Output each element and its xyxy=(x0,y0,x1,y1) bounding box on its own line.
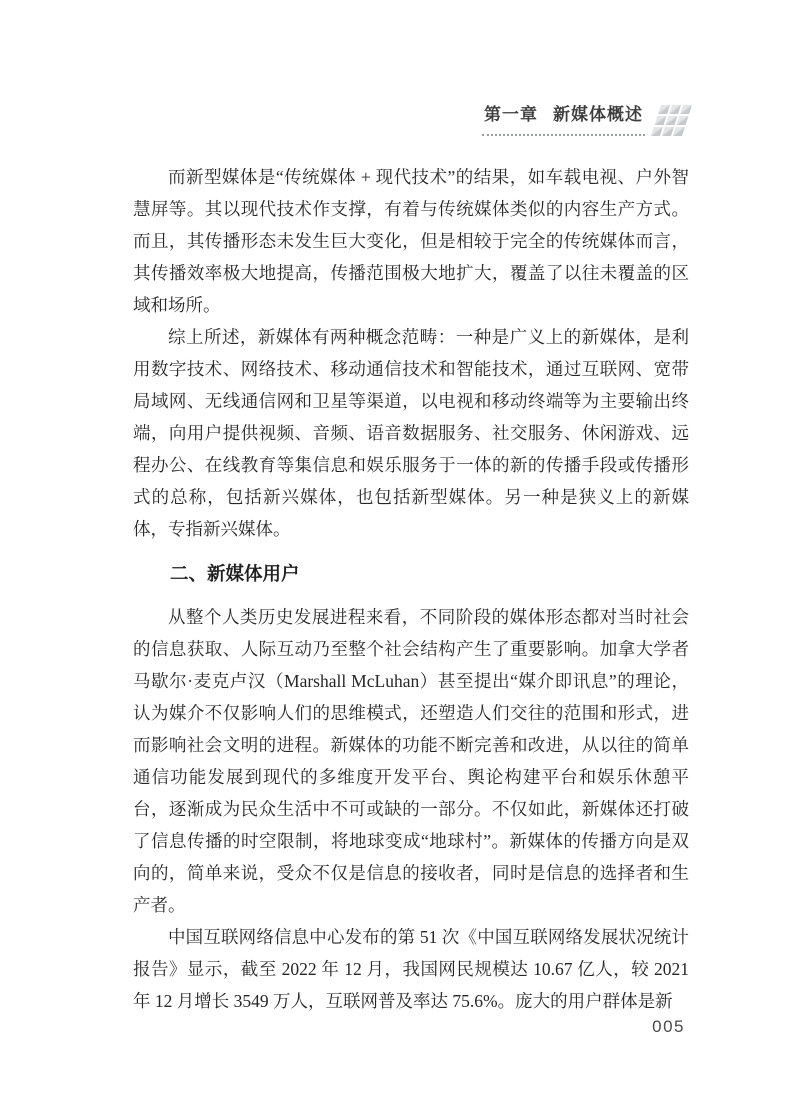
chapter-header: 第一章 新媒体概述 xyxy=(133,102,689,136)
chapter-number-label: 第一章 xyxy=(484,104,538,126)
section-heading-new-media-users: 二、新媒体用户 xyxy=(133,560,689,588)
chapter-name-label: 新媒体概述 xyxy=(553,104,643,126)
paragraph-cnnic-statistics: 中国互联网络信息中心发布的第 51 次《中国互联网络发展状况统计报告》显示，截至… xyxy=(133,921,689,1017)
paragraph-two-concepts: 综上所述，新媒体有两种概念范畴：一种是广义上的新媒体，是利用数字技术、网络技术、… xyxy=(133,321,689,545)
chapter-title: 第一章 新媒体概述 xyxy=(482,102,645,136)
book-page: 第一章 新媒体概述 而新型媒体是“传统媒体 + 现代技术”的结果，如车载电视、户… xyxy=(0,0,799,1118)
dots-grid-icon xyxy=(651,105,692,136)
page-number: 005 xyxy=(652,1015,685,1039)
paragraph-new-type-media: 而新型媒体是“传统媒体 + 现代技术”的结果，如车载电视、户外智慧屏等。其以现代… xyxy=(133,161,689,321)
paragraph-media-users-history: 从整个人类历史发展进程来看，不同阶段的媒体形态都对当时社会的信息获取、人际互动乃… xyxy=(133,601,689,921)
page-body: 而新型媒体是“传统媒体 + 现代技术”的结果，如车载电视、户外智慧屏等。其以现代… xyxy=(133,161,689,1017)
